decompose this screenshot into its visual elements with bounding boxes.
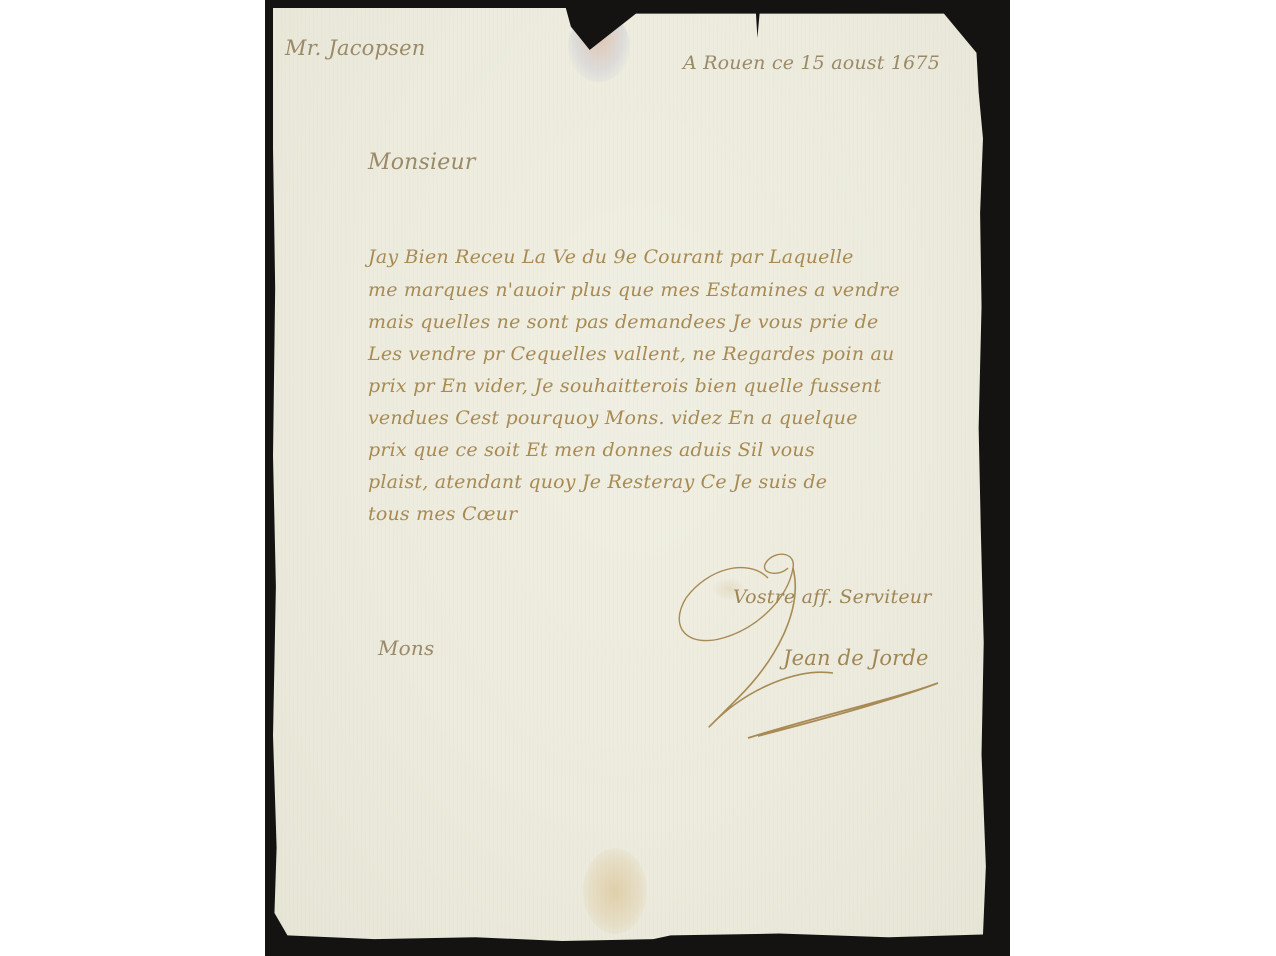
body-line: Jay Bien Receu La Ve du 9e Courant par L…: [368, 246, 854, 268]
water-stain: [583, 848, 647, 934]
addressee: Mr. Jacopsen: [285, 36, 426, 60]
body-line: vendues Cest pourquoy Mons. videz En a q…: [368, 407, 858, 429]
letter-paper: Mr. Jacopsen A Rouen ce 15 aoust 1675 Mo…: [273, 8, 996, 941]
body-line: prix que ce soit Et men donnes aduis Sil…: [368, 439, 815, 461]
body-line: plaist, atendant quoy Je Resteray Ce Je …: [368, 471, 827, 493]
closing-salutation: Mons: [378, 636, 434, 660]
body-line: tous mes Cœur: [368, 503, 517, 525]
body-line: prix pr En vider, Je souhaitterois bien …: [368, 375, 881, 397]
signature-line-1: Vostre aff. Serviteur: [733, 586, 932, 608]
image-stage: Mr. Jacopsen A Rouen ce 15 aoust 1675 Mo…: [0, 0, 1276, 956]
body-line: Les vendre pr Cequelles vallent, ne Rega…: [368, 343, 894, 365]
body-line: me marques n'auoir plus que mes Estamine…: [368, 279, 900, 301]
salutation: Monsieur: [368, 150, 476, 175]
place-date-line: A Rouen ce 15 aoust 1675: [683, 52, 940, 74]
signature-line-2: Jean de Jorde: [783, 646, 929, 670]
body-line: mais quelles ne sont pas demandees Je vo…: [368, 311, 879, 333]
